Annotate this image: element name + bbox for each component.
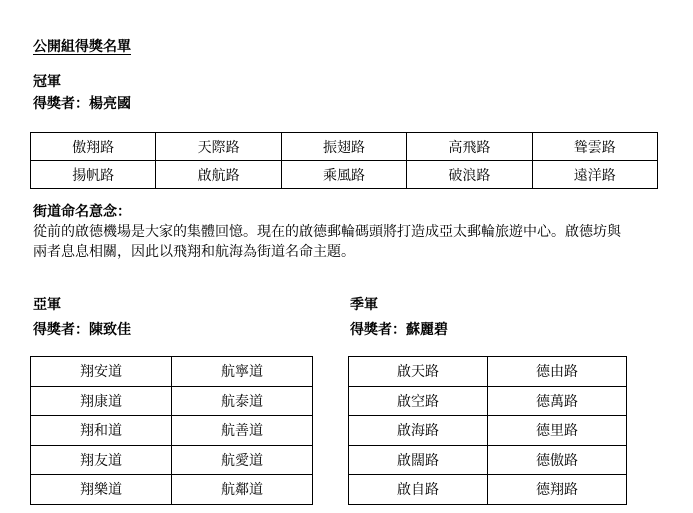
table-cell: 破浪路 — [407, 161, 532, 189]
table-row: 啟自路 德翔路 — [349, 475, 627, 505]
table-cell: 航鄰道 — [172, 475, 313, 505]
table-cell: 德翔路 — [488, 475, 627, 505]
champion-winner-name: 得獎者：楊亮國 — [33, 93, 131, 113]
table-cell: 航泰道 — [172, 386, 313, 416]
table-row: 揚帆路 啟航路 乘風路 破浪路 遠洋路 — [31, 161, 658, 189]
table-cell: 啟空路 — [349, 386, 488, 416]
table-cell: 啟闊路 — [349, 445, 488, 475]
table-row: 啟海路 德里路 — [349, 416, 627, 446]
table-row: 翔和道 航善道 — [31, 416, 313, 446]
table-cell: 天際路 — [156, 133, 281, 161]
table-cell: 啟海路 — [349, 416, 488, 446]
table-row: 啟空路 德萬路 — [349, 386, 627, 416]
second-runner-up-rank-heading: 季軍 — [350, 294, 378, 314]
table-cell: 翔安道 — [31, 357, 172, 387]
document-page: 公開組得獎名單 冠軍 得獎者：楊亮國 傲翔路 天際路 振翅路 高飛路 聳雲路 揚… — [0, 0, 693, 513]
page-title: 公開組得獎名單 — [33, 36, 131, 56]
table-cell: 翔樂道 — [31, 475, 172, 505]
table-row: 翔安道 航寧道 — [31, 357, 313, 387]
table-cell: 德萬路 — [488, 386, 627, 416]
table-cell: 揚帆路 — [31, 161, 156, 189]
table-cell: 翔康道 — [31, 386, 172, 416]
second-runner-up-roads-table: 啟天路 德由路 啟空路 德萬路 啟海路 德里路 啟闊路 德傲路 啟自路 德翔路 — [348, 356, 627, 505]
second-runner-up-winner-name: 得獎者：蘇麗碧 — [350, 319, 448, 339]
champion-roads-table: 傲翔路 天際路 振翅路 高飛路 聳雲路 揚帆路 啟航路 乘風路 破浪路 遠洋路 — [30, 132, 658, 189]
naming-concept-heading: 街道命名意念： — [33, 201, 131, 221]
table-cell: 德里路 — [488, 416, 627, 446]
table-row: 傲翔路 天際路 振翅路 高飛路 聳雲路 — [31, 133, 658, 161]
table-cell: 高飛路 — [407, 133, 532, 161]
table-cell: 啟自路 — [349, 475, 488, 505]
table-cell: 振翅路 — [281, 133, 406, 161]
table-row: 啟闊路 德傲路 — [349, 445, 627, 475]
first-runner-up-winner-name: 得獎者：陳致佳 — [33, 319, 131, 339]
table-cell: 德由路 — [488, 357, 627, 387]
first-runner-up-rank-heading: 亞軍 — [33, 294, 61, 314]
table-row: 翔樂道 航鄰道 — [31, 475, 313, 505]
table-cell: 航寧道 — [172, 357, 313, 387]
table-cell: 乘風路 — [281, 161, 406, 189]
table-cell: 德傲路 — [488, 445, 627, 475]
table-row: 翔康道 航泰道 — [31, 386, 313, 416]
table-cell: 翔友道 — [31, 445, 172, 475]
table-cell: 航愛道 — [172, 445, 313, 475]
table-cell: 航善道 — [172, 416, 313, 446]
table-cell: 聳雲路 — [532, 133, 657, 161]
table-cell: 啟航路 — [156, 161, 281, 189]
table-cell: 傲翔路 — [31, 133, 156, 161]
naming-concept-text-line: 兩者息息相關，因此以飛翔和航海為街道名命主題。 — [33, 241, 355, 261]
table-row: 啟天路 德由路 — [349, 357, 627, 387]
table-cell: 翔和道 — [31, 416, 172, 446]
table-cell: 遠洋路 — [532, 161, 657, 189]
table-row: 翔友道 航愛道 — [31, 445, 313, 475]
table-cell: 啟天路 — [349, 357, 488, 387]
naming-concept-text-line: 從前的啟德機場是大家的集體回憶。現在的啟德郵輪碼頭將打造成亞太郵輪旅遊中心。啟德… — [33, 221, 621, 241]
champion-rank-heading: 冠軍 — [33, 71, 61, 91]
first-runner-up-roads-table: 翔安道 航寧道 翔康道 航泰道 翔和道 航善道 翔友道 航愛道 翔樂道 航鄰道 — [30, 356, 313, 505]
